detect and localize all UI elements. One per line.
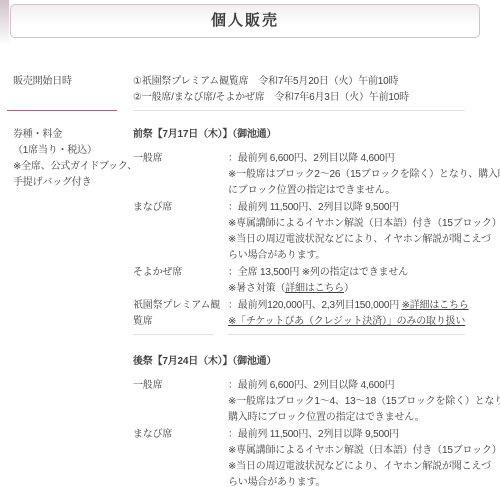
seat-desc-general: ：最前列 6,600円、2列目以降 4,600円 ※一般席はブロック1～4、13…: [228, 378, 465, 426]
note-line: ※一般席はブロック1～4、13～18（15ブロックを除く）となり、: [228, 394, 465, 410]
pricing-label-note3: 手提げバッグ付き: [13, 175, 117, 191]
premium-details-link[interactable]: ※詳細はこちら: [402, 300, 469, 311]
seat-name-text: 覧席: [133, 314, 213, 330]
saki-matsuri-heading: 前祭【7月17日（木）】（御池通）: [133, 127, 465, 143]
saki-premium-seat-row: 祇園祭プレミアム観 覧席 ：最前列120,000円、2,3列目150,000円 …: [133, 298, 465, 335]
heat-measure-details-link[interactable]: 詳細はこちら: [285, 283, 344, 294]
premium-price-line: ：最前列120,000円、2,3列目150,000円 ※詳細はこちら: [228, 298, 465, 314]
price-line: ：最前列 6,600円、2列目以降 4,600円: [228, 378, 465, 394]
note-line: 購入時にブロック位置の指定はできません。: [228, 410, 465, 426]
page-title: 個人販売: [211, 13, 279, 29]
note-text: ）: [344, 283, 354, 294]
seat-desc-premium: ：最前列120,000円、2,3列目150,000円 ※詳細はこちら ※「チケッ…: [228, 298, 465, 335]
price-line: ：最前列 11,500円、2列目以降 9,500円: [228, 200, 465, 216]
saki-soyokaze-seat-row: そよかぜ席 ：全席 13,500円 ※列の指定はできません ※暑さ対策（詳細はこ…: [133, 265, 465, 297]
saki-general-seat-row: 一般席 ：最前列 6,600円、2列目以降 4,600円 ※一般席はブロック2～…: [133, 151, 465, 199]
pricing-label-note2: ※全席、公式ガイドブック、: [13, 159, 117, 175]
sale-start-premium-date: ①祇園祭プレミアム観覧席 令和7年5月20日（火）午前10時: [133, 74, 465, 90]
price-line: ：最前列 11,500円、2列目以降 9,500円: [228, 427, 465, 443]
seat-name-general: 一般席: [133, 151, 213, 199]
seat-desc-general: ：最前列 6,600円、2列目以降 4,600円 ※一般席はブロック2～26（1…: [228, 151, 465, 199]
seat-name-general: 一般席: [133, 378, 213, 426]
note-line: ※当日の周辺電波状況などにより、イヤホン解説が聞こえづ: [228, 232, 465, 248]
seat-name-manabi: まなび席: [133, 427, 213, 487]
pricing-label-note1: （1席当り・税込）: [13, 143, 117, 159]
seat-name-text: 祇園祭プレミアム観: [133, 298, 213, 314]
note-line: らい場合があります。: [228, 248, 465, 264]
individual-sales-page: 個人販売 販売開始日時 ①祇園祭プレミアム観覧席 令和7年5月20日（火）午前1…: [0, 0, 500, 487]
seat-desc-soyokaze: ：全席 13,500円 ※列の指定はできません ※暑さ対策（詳細はこちら）: [228, 265, 465, 297]
info-table: 販売開始日時 ①祇園祭プレミアム観覧席 令和7年5月20日（火）午前10時 ②一…: [7, 74, 493, 487]
sale-start-row: 販売開始日時 ①祇園祭プレミアム観覧席 令和7年5月20日（火）午前10時 ②一…: [7, 74, 493, 111]
ato-matsuri-heading: 後祭【7月24日（木）】（御池通）: [133, 354, 465, 370]
note-line: ※専属講師によるイヤホン解説（日本語）付き（15ブロック）: [228, 216, 465, 232]
note-line: ※一般席はブロック2～26（15ブロックを除く）となり、購入時: [228, 167, 465, 183]
note-line: らい場合があります。: [228, 475, 465, 487]
price-text: ：最前列120,000円、2,3列目150,000円: [228, 300, 402, 311]
sale-start-content-cell: ①祇園祭プレミアム観覧席 令和7年5月20日（火）午前10時 ②一般席/まなび席…: [133, 74, 465, 111]
sale-start-label: 販売開始日時: [13, 74, 117, 90]
price-line: ：全席 13,500円 ※列の指定はできません: [228, 265, 465, 281]
premium-payment-line: ※「チケットぴあ（クレジット決済）」のみの取り扱い: [228, 314, 465, 330]
seat-name-soyokaze: そよかぜ席: [133, 265, 213, 297]
note-line: ※当日の周辺電波状況などにより、イヤホン解説が聞こえづ: [228, 459, 465, 475]
heat-measure-line: ※暑さ対策（詳細はこちら）: [228, 281, 465, 297]
seat-name-premium: 祇園祭プレミアム観 覧席: [133, 298, 213, 335]
sale-start-general-date: ②一般席/まなび席/そよかぜ席 令和7年6月3日（火）午前10時: [133, 90, 465, 106]
sale-start-label-cell: 販売開始日時: [7, 74, 117, 111]
note-text: ※暑さ対策（: [228, 283, 285, 294]
note-line: ※専属講師によるイヤホン解説（日本語）付き（15ブロック）: [228, 443, 465, 459]
ticket-pia-link[interactable]: ※「チケットぴあ（クレジット決済）」のみの取り扱い: [228, 316, 465, 327]
ato-general-seat-row: 一般席 ：最前列 6,600円、2列目以降 4,600円 ※一般席はブロック1～…: [133, 378, 465, 426]
pricing-label: 券種・料金: [13, 127, 117, 143]
seat-name-manabi: まなび席: [133, 200, 213, 264]
ato-manabi-seat-row: まなび席 ：最前列 11,500円、2列目以降 9,500円 ※専属講師によるイ…: [133, 427, 465, 487]
price-line: ：最前列 6,600円、2列目以降 4,600円: [228, 151, 465, 167]
pricing-row: 券種・料金 （1席当り・税込） ※全席、公式ガイドブック、 手提げバッグ付き 前…: [7, 127, 493, 487]
saki-manabi-seat-row: まなび席 ：最前列 11,500円、2列目以降 9,500円 ※専属講師によるイ…: [133, 200, 465, 264]
seat-desc-manabi: ：最前列 11,500円、2列目以降 9,500円 ※専属講師によるイヤホン解説…: [228, 200, 465, 264]
page-title-box: 個人販売: [10, 4, 480, 38]
pricing-label-cell: 券種・料金 （1席当り・税込） ※全席、公式ガイドブック、 手提げバッグ付き: [7, 127, 117, 487]
pricing-content-cell: 前祭【7月17日（木）】（御池通） 一般席 ：最前列 6,600円、2列目以降 …: [133, 127, 465, 487]
top-left-shade: [0, 0, 9, 46]
seat-desc-manabi: ：最前列 11,500円、2列目以降 9,500円 ※専属講師によるイヤホン解説…: [228, 427, 465, 487]
note-line: にブロック位置の指定はできません。: [228, 183, 465, 199]
